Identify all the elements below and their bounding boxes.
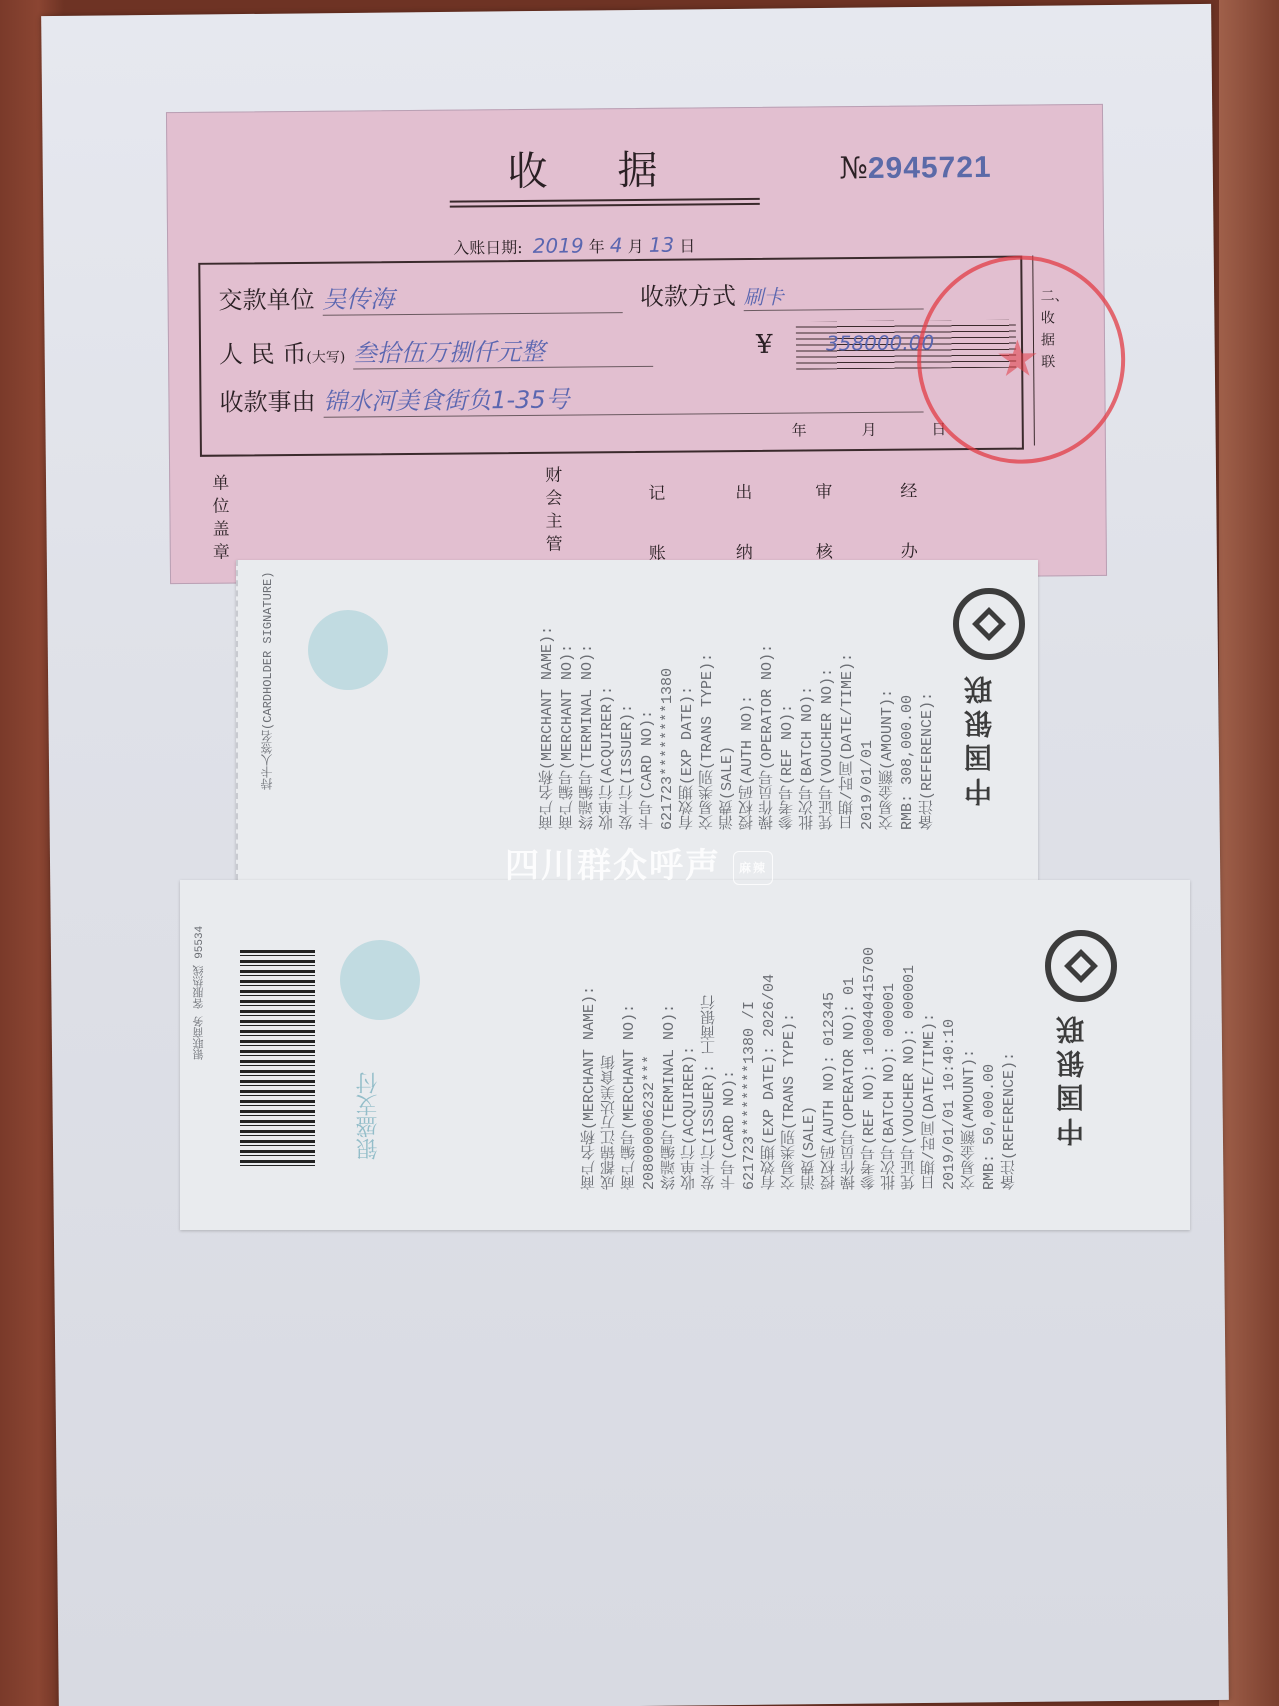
payer-row: 交款单位 吴传海 收款方式 刷卡	[218, 274, 923, 316]
slip-line: 授权码(AUTH NO):	[738, 590, 758, 830]
unionpay-slip-1: 中国银联 商户名称(MERCHANT NAME):商户编号(MERCHANT N…	[236, 560, 1038, 880]
slip-line: 收单行(ACQUIRER):	[680, 910, 700, 1190]
slip-1-text: 商户名称(MERCHANT NAME):商户编号(MERCHANT NO):终端…	[538, 590, 938, 830]
payment-method-label: 收款方式	[640, 282, 736, 311]
slip-line: 凭证号(VOUCHER NO): 000001	[900, 910, 920, 1190]
slip-brand: 中国银联	[1052, 1010, 1092, 1146]
slip-line: 备注(REFERENCE):	[918, 590, 938, 830]
slip-brand: 中国银联	[960, 670, 1000, 806]
slip-line: 日期/时间(DATE/TIME):	[838, 590, 858, 830]
slip-line: 交易类别(TRANS TYPE):	[698, 590, 718, 830]
rmb-uppercase-hint: (大写)	[306, 350, 345, 366]
sign-year-unit: 年	[792, 422, 807, 440]
red-company-seal: ★	[916, 255, 1126, 465]
receipt-body-box: 交款单位 吴传海 收款方式 刷卡 人 民 币(大写) 叁拾伍万捌仟元整 ¥ 35…	[198, 256, 1024, 457]
watermark-text: 四川群众呼声	[505, 846, 721, 886]
payer-value: 吴传海	[322, 277, 622, 316]
slip-line: 终端编号(TERMINAL NO):	[578, 590, 598, 830]
bank-watermark-icon	[340, 940, 420, 1020]
rmb-row: 人 民 币(大写) 叁拾伍万捌仟元整	[219, 331, 653, 371]
year-unit: 年	[589, 237, 605, 256]
slip-line: 发卡行(ISSUER): 工商银行	[700, 910, 720, 1190]
reason-label: 收款事由	[219, 388, 315, 417]
receipt-title: 收据	[507, 138, 727, 197]
slip-line: 621723********1380	[658, 590, 678, 830]
seal-star-icon: ★	[995, 329, 1040, 387]
slip-line: 凭证号(VOUCHER NO):	[818, 590, 838, 830]
slip-line: 消费(SALE)	[718, 590, 738, 830]
reason-value: 锦水河美食街负1-35号	[323, 377, 923, 418]
serial-number: №2945721	[839, 150, 991, 186]
serial-prefix: №	[839, 151, 868, 186]
slip-line: 批次号(BATCH NO):	[798, 590, 818, 830]
rmb-uppercase-value: 叁拾伍万捌仟元整	[353, 331, 653, 370]
sig-finance-supervisor: 财会主管	[545, 465, 566, 557]
entry-date-year: 2019	[533, 233, 584, 257]
slip-line: 批次号(BATCH NO): 000001	[880, 910, 900, 1190]
slip-line: 交易类别(TRANS TYPE):	[780, 910, 800, 1190]
slip-line: 消费(SALE)	[800, 910, 820, 1190]
slip-line: 商户名称(MERCHANT NAME):	[538, 590, 558, 830]
payment-method-value: 刷卡	[743, 279, 923, 311]
slip-line: 有效期(EXP DATE): 2026/04	[760, 910, 780, 1190]
slip-line: RMB: 308,000.00	[898, 590, 918, 830]
yen-symbol: ¥	[756, 330, 773, 360]
entry-date: 入账日期: 2019 年 4 月 13 日	[453, 232, 695, 258]
receipt-form: 收据 №2945721 入账日期: 2019 年 4 月 13 日 交款单位 吴…	[166, 104, 1107, 584]
desk-surface	[1219, 0, 1279, 1706]
slip-line: 交易金额(AMOUNT):	[878, 590, 898, 830]
slip-2-side-note: 银联商务 客服热线 95534	[190, 920, 210, 1060]
entry-date-label: 入账日期:	[453, 238, 523, 258]
watermark-badge: 麻辣	[733, 851, 773, 885]
unionpay-logo-icon	[953, 588, 1025, 660]
slip-line: 2019/01/01	[858, 590, 878, 830]
slip-line: RMB: 50,000.00	[980, 910, 1000, 1190]
barcode	[240, 950, 315, 1170]
slip-line: 操作员号(OPERATOR NO): 01	[840, 910, 860, 1190]
payer-label: 交款单位	[218, 286, 314, 315]
slip-line: 日期/时间(DATE/TIME):	[920, 910, 940, 1190]
unionpay-slip-2: 银联商务 客服热线 95534 银盛支付 中国银联 商户名称(MERCHANT …	[180, 880, 1190, 1230]
slip-line: 有效期(EXP DATE):	[678, 590, 698, 830]
slip-line: 操作员号(OPERATOR NO):	[758, 590, 778, 830]
slip-line: 商户编号(MERCHANT NO):	[558, 590, 578, 830]
bank-watermark-icon	[308, 610, 388, 690]
entry-date-day: 13	[649, 233, 675, 257]
rmb-label: 人 民 币	[219, 340, 307, 369]
sig-unit-seal: 单位盖章	[212, 473, 233, 565]
entry-date-month: 4	[610, 233, 623, 257]
slip-line: 卡号(CARD NO):	[638, 590, 658, 830]
slip-line: 2019/01/01 10:40:10	[940, 910, 960, 1190]
slip-line: 参考号(REF NO): 100040415700	[860, 910, 880, 1190]
serial-value: 2945721	[868, 151, 992, 185]
slip-line: 商户编号(MERCHANT NO):	[620, 910, 640, 1190]
slip-line: 收单行(ACQUIRER):	[598, 590, 618, 830]
slip-line: 授权码(AUTH NO): 012345	[820, 910, 840, 1190]
slip-line: 终端编号(TERMINAL NO):	[660, 910, 680, 1190]
slip-2-text: 商户名称(MERCHANT NAME):成都锦江万达美食街商户编号(MERCHA…	[580, 910, 1020, 1190]
watermark: 四川群众呼声麻辣	[505, 838, 773, 887]
slip-line: 卡号(CARD NO):	[720, 910, 740, 1190]
sign-date: 年 月 日	[792, 418, 947, 440]
reason-row: 收款事由 锦水河美食街负1-35号	[219, 377, 923, 419]
slip-1-footer: 持卡人签名(CARDHOLDER SIGNATURE)	[258, 590, 278, 790]
slip-line: 208000006232***	[640, 910, 660, 1190]
month-unit: 月	[628, 237, 644, 256]
slip-line: 成都锦江万达美食街	[600, 910, 620, 1190]
day-unit: 日	[679, 236, 695, 255]
sign-month-unit: 月	[861, 421, 876, 439]
title-underline	[450, 198, 760, 208]
slip-line: 商户名称(MERCHANT NAME):	[580, 910, 600, 1190]
unionpay-logo-icon	[1045, 930, 1117, 1002]
slip-line: 备注(REFERENCE):	[1000, 910, 1020, 1190]
bank-watermark-text: 银盛支付	[360, 1040, 380, 1160]
slip-line: 621723********1380 /I	[740, 910, 760, 1190]
slip-line: 参考号(REF NO):	[778, 590, 798, 830]
slip-line: 发卡行(ISSUER):	[618, 590, 638, 830]
slip-line: 交易金额(AMOUNT):	[960, 910, 980, 1190]
